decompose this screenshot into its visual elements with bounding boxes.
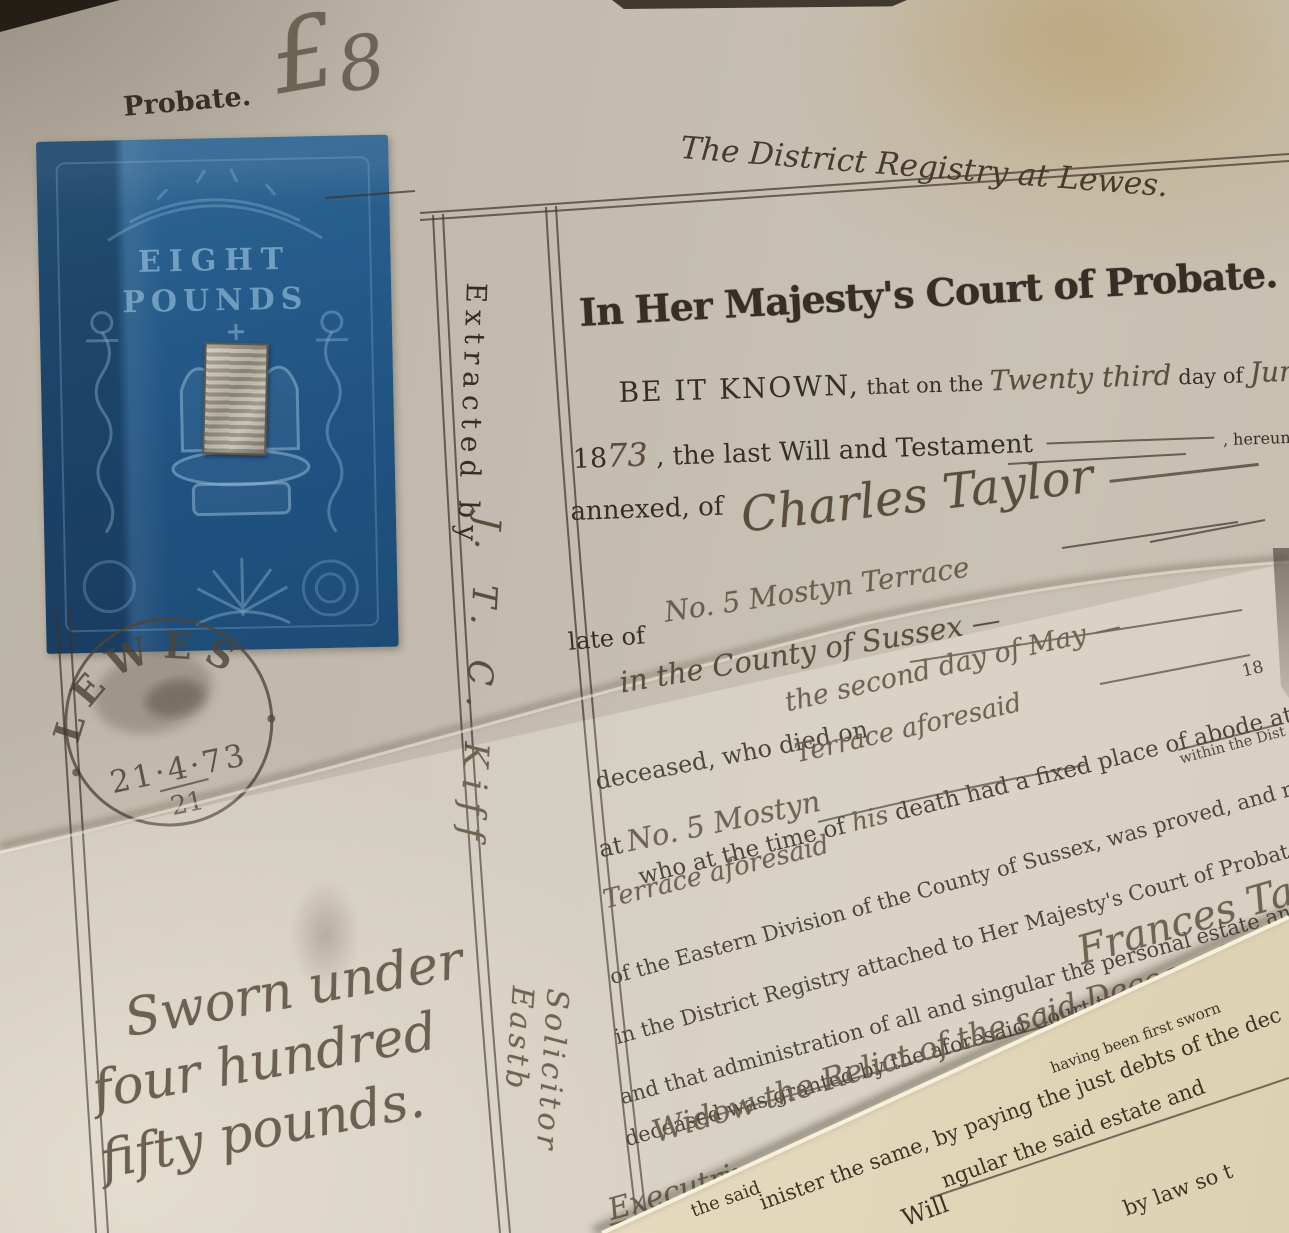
annexed-of: annexed, of (570, 492, 724, 527)
that-on-the: that on the (859, 371, 990, 399)
year-prefix: 18 (572, 443, 607, 475)
month-handwritten: June — (1249, 353, 1289, 389)
year-handwritten: 73 (606, 435, 648, 474)
name-dash (1110, 463, 1259, 483)
fold-crease (0, 558, 1289, 852)
probate-document-photo: EIGHT POUNDS (0, 0, 1289, 1233)
edge-blank-rule-1 (1150, 520, 1265, 542)
day-of: day of (1171, 363, 1250, 389)
may-blank-rule (1100, 655, 1250, 684)
name-blank-rule (1062, 522, 1238, 548)
day-handwritten: Twenty third (989, 359, 1172, 398)
at-label: at (596, 831, 625, 863)
top-dash-rule (325, 191, 415, 198)
fee-annotation: £8 (262, 0, 391, 117)
